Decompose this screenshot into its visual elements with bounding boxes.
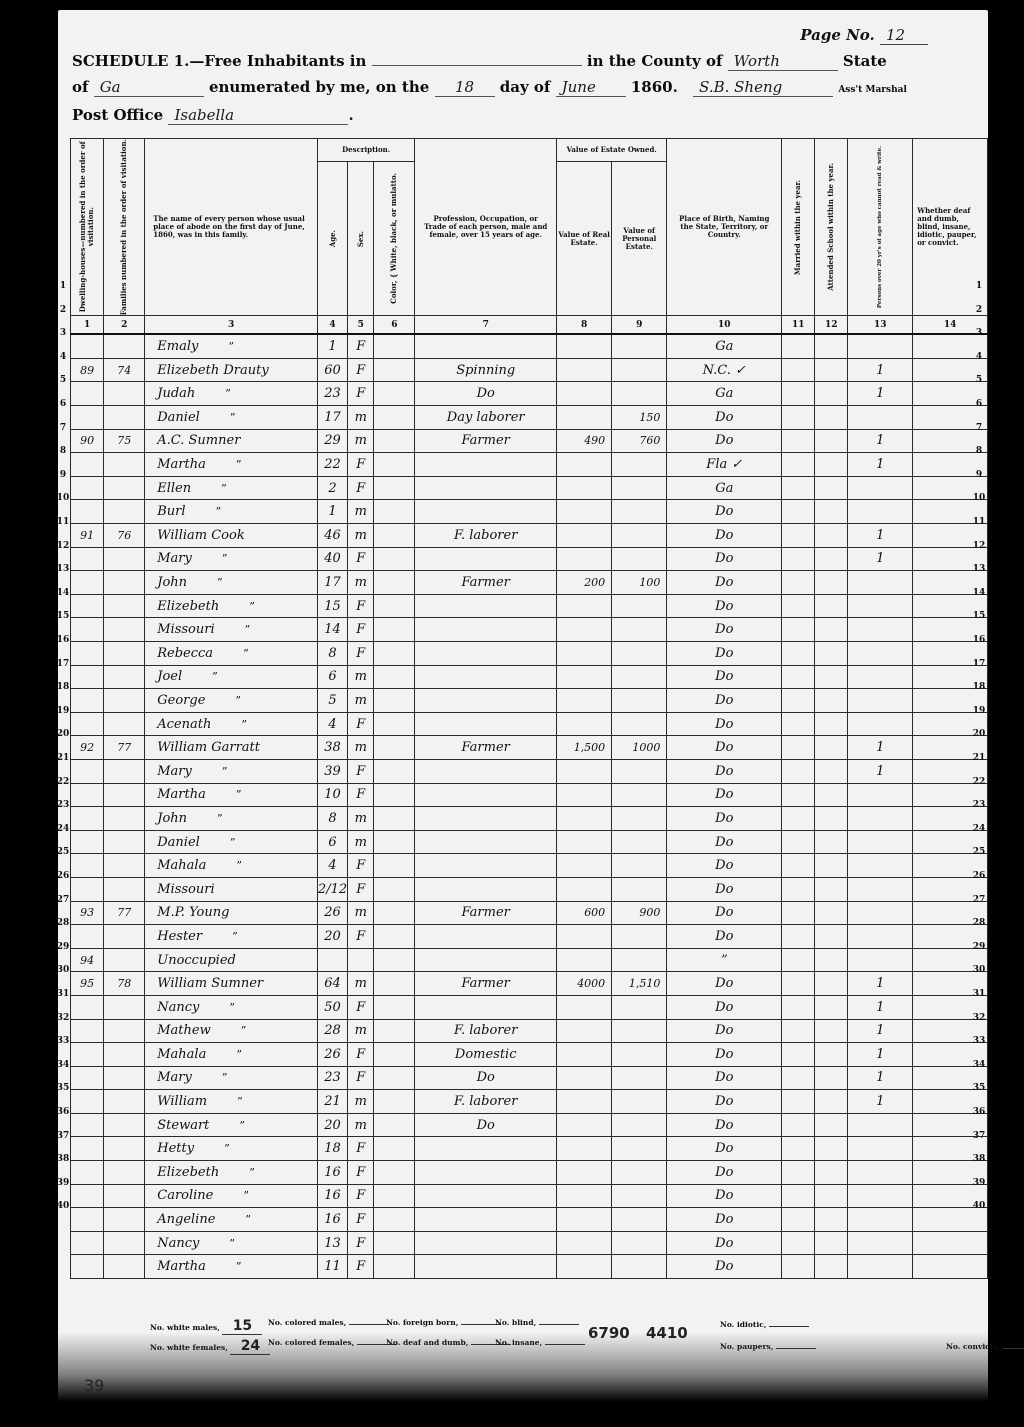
line-number-right: 32 xyxy=(972,1013,986,1023)
idiotic-label: No. idiotic, xyxy=(720,1320,766,1329)
occupation-cell xyxy=(415,618,557,642)
family-number-cell xyxy=(104,571,145,595)
real-estate-value-cell xyxy=(557,948,612,972)
birthplace-cell: Do xyxy=(667,759,782,783)
married-cell xyxy=(782,665,815,689)
age: 23 xyxy=(324,1070,341,1085)
line-number-right: 37 xyxy=(972,1131,986,1141)
age-cell: 16 xyxy=(317,1184,347,1208)
illiterate-mark: 1 xyxy=(876,551,884,566)
age-cell: 29 xyxy=(317,429,347,453)
birthplace-cell: Do xyxy=(667,1161,782,1185)
person-name-cell: Joel” xyxy=(145,665,318,689)
ditto-mark: ” xyxy=(229,1001,235,1014)
occupation-cell xyxy=(415,476,557,500)
line-number-left: 35 xyxy=(56,1083,70,1093)
dwelling-number-cell xyxy=(71,1066,104,1090)
occupation: F. laborer xyxy=(454,528,517,543)
person-name-cell: Mahala” xyxy=(145,1043,318,1067)
real-estate-value-cell xyxy=(557,712,612,736)
dwelling-number-cell xyxy=(71,830,104,854)
line-number-left: 39 xyxy=(56,1178,70,1188)
married-cell xyxy=(782,1231,815,1255)
age-cell: 26 xyxy=(317,1043,347,1067)
illiterate-mark-cell xyxy=(848,925,913,949)
age-cell: 60 xyxy=(317,358,347,382)
married-cell xyxy=(782,382,815,406)
age-cell: 17 xyxy=(317,571,347,595)
age: 16 xyxy=(324,1188,341,1203)
real-estate-value-cell: 200 xyxy=(557,571,612,595)
person-name-cell: M.P. Young xyxy=(145,901,318,925)
occupation-cell xyxy=(415,689,557,713)
school-cell xyxy=(815,1043,848,1067)
person-name: William Cook xyxy=(157,528,244,543)
real-estate-value: 600 xyxy=(584,906,605,919)
person-name: M.P. Young xyxy=(157,905,229,920)
occupation-cell xyxy=(415,783,557,807)
ditto-mark: ” xyxy=(245,1213,251,1226)
schedule-title-line: SCHEDULE 1.—Free Inhabitants in in the C… xyxy=(72,52,887,71)
school-cell xyxy=(815,1184,848,1208)
sex-cell: F xyxy=(348,1231,374,1255)
col-dwelling-header: Dwelling-houses—numbered in the order of… xyxy=(71,139,104,316)
sex-cell: F xyxy=(348,1043,374,1067)
married-cell xyxy=(782,995,815,1019)
birthplace-cell: Do xyxy=(667,972,782,996)
ditto-mark: ” xyxy=(228,340,234,353)
person-name: Nancy xyxy=(157,1236,199,1251)
age: 18 xyxy=(324,1141,341,1156)
ditto-mark: ” xyxy=(235,694,241,707)
illiterate-mark-cell xyxy=(848,807,913,831)
sex: F xyxy=(356,622,365,637)
dwelling-number-cell xyxy=(71,1184,104,1208)
line-number-left: 16 xyxy=(56,635,70,645)
sex-cell: F xyxy=(348,476,374,500)
sex: F xyxy=(356,646,365,661)
birthplace: Do xyxy=(715,528,733,543)
dwelling-number-cell: 89 xyxy=(71,358,104,382)
occupation-cell xyxy=(415,877,557,901)
dwelling-number: 90 xyxy=(80,434,94,447)
real-estate-value-cell xyxy=(557,334,612,358)
col-illiterate-header: Persons over 20 yr's of age who cannot r… xyxy=(848,139,913,316)
person-name-cell: Acenath” xyxy=(145,712,318,736)
person-name-cell: Nancy” xyxy=(145,1231,318,1255)
illiterate-mark-cell xyxy=(848,901,913,925)
color-cell xyxy=(374,807,415,831)
illiterate-mark: 1 xyxy=(876,1047,884,1062)
married-cell xyxy=(782,642,815,666)
dwelling-number-cell xyxy=(71,547,104,571)
personal-estate-value-cell xyxy=(612,1090,667,1114)
family-number-cell xyxy=(104,1066,145,1090)
illiterate-mark: 1 xyxy=(876,457,884,472)
dwelling-number: 92 xyxy=(80,741,94,754)
illiterate-mark-cell: 1 xyxy=(848,995,913,1019)
real-estate-value-cell xyxy=(557,1255,612,1279)
school-cell xyxy=(815,618,848,642)
personal-estate-value-cell xyxy=(612,948,667,972)
birthplace: Do xyxy=(715,622,733,637)
personal-estate-value-cell xyxy=(612,618,667,642)
person-name-cell: Mathew” xyxy=(145,1019,318,1043)
real-estate-value-cell xyxy=(557,1184,612,1208)
person-name-cell: Angeline” xyxy=(145,1208,318,1232)
person-name: Ellen xyxy=(157,481,191,496)
sex: m xyxy=(355,433,367,448)
occupation: Do xyxy=(477,1118,495,1133)
age-cell: 39 xyxy=(317,759,347,783)
person-name: Martha xyxy=(157,457,206,472)
personal-estate-value-cell xyxy=(612,830,667,854)
dwelling-number-cell xyxy=(71,689,104,713)
personal-estate-value-cell xyxy=(612,358,667,382)
school-cell xyxy=(815,948,848,972)
age: 8 xyxy=(328,646,336,661)
dwelling-number-cell xyxy=(71,571,104,595)
person-name-cell: Daniel” xyxy=(145,406,318,430)
birthplace-cell: Do xyxy=(667,807,782,831)
family-number-cell xyxy=(104,1255,145,1279)
color-cell xyxy=(374,358,415,382)
sex: F xyxy=(356,1165,365,1180)
line-number-right: 22 xyxy=(972,777,986,787)
age: 39 xyxy=(324,764,341,779)
person-name-cell: Elizebeth Drauty xyxy=(145,358,318,382)
family-number-cell xyxy=(104,712,145,736)
line-number-left: 12 xyxy=(56,541,70,551)
age-cell: 5 xyxy=(317,689,347,713)
age-cell: 38 xyxy=(317,736,347,760)
ditto-mark: ” xyxy=(216,505,222,518)
white-females-label: No. white females, xyxy=(150,1343,228,1352)
age: 40 xyxy=(324,551,341,566)
birthplace: Do xyxy=(715,740,733,755)
family-number-cell xyxy=(104,547,145,571)
line-number-right: 40 xyxy=(972,1201,986,1211)
birthplace: Do xyxy=(715,882,733,897)
table-row: Hester”20FDo xyxy=(71,925,988,949)
birthplace-cell: Do xyxy=(667,1090,782,1114)
personal-estate-value-cell xyxy=(612,1255,667,1279)
illiterate-mark-cell xyxy=(848,1208,913,1232)
dwelling-number-cell xyxy=(71,642,104,666)
real-estate-value-cell xyxy=(557,830,612,854)
line-number-right: 30 xyxy=(972,965,986,975)
birthplace-cell: Do xyxy=(667,618,782,642)
person-name: Acenath xyxy=(157,717,211,732)
page-number-label: Page No. xyxy=(800,26,875,44)
school-cell xyxy=(815,1137,848,1161)
family-number: 78 xyxy=(117,977,131,990)
person-name-cell: Missouri xyxy=(145,877,318,901)
birthplace: Ga xyxy=(715,481,733,496)
age: 14 xyxy=(324,622,341,637)
dwelling-number: 93 xyxy=(80,906,94,919)
sex-cell: m xyxy=(348,406,374,430)
dwelling-number-cell xyxy=(71,1043,104,1067)
ditto-mark: ” xyxy=(217,812,223,825)
married-cell xyxy=(782,1113,815,1137)
line-number-left: 10 xyxy=(56,493,70,503)
family-number-cell: 77 xyxy=(104,901,145,925)
illiterate-mark-cell xyxy=(848,1137,913,1161)
married-cell xyxy=(782,830,815,854)
real-estate-value-cell xyxy=(557,500,612,524)
birthplace-cell: Do xyxy=(667,1255,782,1279)
occupation: Domestic xyxy=(455,1047,517,1062)
birthplace: Fla ✓ xyxy=(706,457,742,472)
line-number-left: 19 xyxy=(56,706,70,716)
personal-estate-value: 900 xyxy=(639,906,660,919)
sex: m xyxy=(355,835,367,850)
ditto-mark: ” xyxy=(224,1142,230,1155)
personal-estate-total: 4410 xyxy=(646,1324,688,1342)
personal-estate-value-cell xyxy=(612,1043,667,1067)
age: 16 xyxy=(324,1212,341,1227)
occupation-cell xyxy=(415,665,557,689)
birthplace: Do xyxy=(715,1094,733,1109)
corner-note: 39 xyxy=(84,1376,104,1395)
family-number-cell xyxy=(104,1184,145,1208)
line-number-left: 29 xyxy=(56,942,70,952)
school-cell xyxy=(815,925,848,949)
family-number-cell xyxy=(104,877,145,901)
line-number-right: 21 xyxy=(972,753,986,763)
sex: F xyxy=(356,363,365,378)
personal-estate-value-cell xyxy=(612,783,667,807)
sex-cell: m xyxy=(348,901,374,925)
person-name-cell: Mahala” xyxy=(145,854,318,878)
color-cell xyxy=(374,500,415,524)
birthplace: Do xyxy=(715,858,733,873)
dwelling-number-cell xyxy=(71,453,104,477)
person-name-cell: Nancy” xyxy=(145,995,318,1019)
sex: F xyxy=(356,1047,365,1062)
ditto-mark: ” xyxy=(239,1119,245,1132)
personal-estate-value: 150 xyxy=(639,411,660,424)
table-row: Nancy”13FDo xyxy=(71,1231,988,1255)
birthplace: Do xyxy=(715,1165,733,1180)
age: 8 xyxy=(328,811,336,826)
real-estate-value-cell xyxy=(557,1043,612,1067)
sex-cell: F xyxy=(348,995,374,1019)
age: 23 xyxy=(324,386,341,401)
person-name-cell: Elizebeth” xyxy=(145,1161,318,1185)
married-cell xyxy=(782,877,815,901)
state-label: State xyxy=(843,52,887,70)
person-name: Mahala xyxy=(157,1047,206,1062)
occupation: F. laborer xyxy=(454,1094,517,1109)
color-cell xyxy=(374,830,415,854)
birthplace: Do xyxy=(715,551,733,566)
birthplace: Do xyxy=(715,693,733,708)
real-estate-value-cell xyxy=(557,995,612,1019)
page-number-value: 12 xyxy=(880,26,928,45)
line-number-left: 28 xyxy=(56,918,70,928)
dwelling-number-cell xyxy=(71,854,104,878)
county-value: Worth xyxy=(728,52,786,70)
birthplace: N.C. ✓ xyxy=(703,363,746,378)
table-row: 9075A.C. Sumner29mFarmer490760Do1 xyxy=(71,429,988,453)
of-label: of xyxy=(72,78,88,96)
illiterate-mark-cell: 1 xyxy=(848,524,913,548)
table-row: Elizebeth”16FDo xyxy=(71,1161,988,1185)
sex: F xyxy=(356,1070,365,1085)
illiterate-mark-cell xyxy=(848,1113,913,1137)
married-cell xyxy=(782,759,815,783)
personal-estate-value-cell xyxy=(612,1066,667,1090)
family-number-cell xyxy=(104,1231,145,1255)
sex: F xyxy=(356,386,365,401)
family-number-cell xyxy=(104,854,145,878)
age-cell: 22 xyxy=(317,453,347,477)
real-estate-value-cell xyxy=(557,1231,612,1255)
married-cell xyxy=(782,1090,815,1114)
color-cell xyxy=(374,547,415,571)
person-name: Martha xyxy=(157,1259,206,1274)
occupation-cell xyxy=(415,453,557,477)
birthplace: Do xyxy=(715,787,733,802)
illiterate-mark-cell xyxy=(848,948,913,972)
column-number-row: 123 456 789 101112 1314 xyxy=(71,316,988,335)
real-estate-value-cell xyxy=(557,618,612,642)
table-row: Ellen”2FGa xyxy=(71,476,988,500)
married-cell xyxy=(782,1255,815,1279)
birthplace: Do xyxy=(715,1212,733,1227)
color-cell xyxy=(374,1137,415,1161)
ditto-mark: ” xyxy=(230,836,236,849)
birthplace: Ga xyxy=(715,339,733,354)
table-row: 94Unoccupied” xyxy=(71,948,988,972)
ditto-mark: ” xyxy=(243,647,249,660)
school-cell xyxy=(815,1255,848,1279)
family-number-cell xyxy=(104,1090,145,1114)
sex: F xyxy=(356,1188,365,1203)
age-cell: 16 xyxy=(317,1161,347,1185)
birthplace-cell: Do xyxy=(667,712,782,736)
birthplace: Do xyxy=(715,504,733,519)
married-cell xyxy=(782,712,815,736)
age: 28 xyxy=(324,1023,341,1038)
dwelling-number-cell xyxy=(71,1208,104,1232)
age-cell: 46 xyxy=(317,524,347,548)
school-cell xyxy=(815,736,848,760)
married-cell xyxy=(782,1184,815,1208)
personal-estate-value: 1000 xyxy=(632,741,660,754)
age: 17 xyxy=(324,410,341,425)
age-cell: 1 xyxy=(317,500,347,524)
married-cell xyxy=(782,925,815,949)
family-number-cell xyxy=(104,500,145,524)
schedule-title: SCHEDULE 1.—Free Inhabitants in xyxy=(72,52,366,70)
dwelling-number-cell: 94 xyxy=(71,948,104,972)
personal-estate-value-cell xyxy=(612,1137,667,1161)
dwelling-number-cell: 92 xyxy=(71,736,104,760)
illiterate-mark-cell: 1 xyxy=(848,547,913,571)
color-cell xyxy=(374,571,415,595)
line-number-left: 4 xyxy=(56,352,70,362)
occupation-cell xyxy=(415,500,557,524)
family-number-cell xyxy=(104,642,145,666)
line-number-left: 2 xyxy=(56,305,70,315)
line-number-left: 8 xyxy=(56,446,70,456)
real-estate-value-cell xyxy=(557,689,612,713)
table-row: Mary”39FDo1 xyxy=(71,759,988,783)
personal-estate-value-cell xyxy=(612,877,667,901)
illiterate-mark-cell: 1 xyxy=(848,358,913,382)
real-estate-value-cell xyxy=(557,1066,612,1090)
day-value: 18 xyxy=(449,78,480,96)
dwelling-number-cell: 90 xyxy=(71,429,104,453)
married-cell xyxy=(782,358,815,382)
age-cell: 4 xyxy=(317,712,347,736)
sex-cell: F xyxy=(348,334,374,358)
school-cell xyxy=(815,995,848,1019)
occupation-cell xyxy=(415,547,557,571)
occupation: Farmer xyxy=(462,575,510,590)
dwelling-number-cell xyxy=(71,925,104,949)
table-row: Stewart”20mDoDo xyxy=(71,1113,988,1137)
color-cell xyxy=(374,334,415,358)
occupation-cell: Farmer xyxy=(415,429,557,453)
personal-estate-value-cell: 760 xyxy=(612,429,667,453)
occupation-cell xyxy=(415,594,557,618)
person-name-cell: Caroline” xyxy=(145,1184,318,1208)
table-row: Martha”10FDo xyxy=(71,783,988,807)
married-cell xyxy=(782,807,815,831)
real-estate-value-cell xyxy=(557,783,612,807)
month-value: June xyxy=(556,78,602,96)
color-cell xyxy=(374,736,415,760)
dwelling-number-cell xyxy=(71,618,104,642)
age: 26 xyxy=(324,1047,341,1062)
real-estate-value-cell xyxy=(557,1208,612,1232)
school-cell xyxy=(815,1161,848,1185)
col-real-estate-header: Value of Real Estate. xyxy=(557,162,612,316)
birthplace: Do xyxy=(715,599,733,614)
person-name-cell: Ellen” xyxy=(145,476,318,500)
real-estate-value-cell xyxy=(557,1090,612,1114)
table-row: Emaly”1FGa xyxy=(71,334,988,358)
table-row: Judah”23FDoGa1 xyxy=(71,382,988,406)
dwelling-number-cell xyxy=(71,1161,104,1185)
illiterate-mark-cell xyxy=(848,618,913,642)
occupation-cell: Spinning xyxy=(415,358,557,382)
sex-cell: F xyxy=(348,1161,374,1185)
sex: F xyxy=(356,457,365,472)
table-row: Missouri2/12FDo xyxy=(71,877,988,901)
dwelling-number-cell xyxy=(71,1090,104,1114)
line-number-right: 34 xyxy=(972,1060,986,1070)
ditto-mark: ” xyxy=(236,1048,242,1061)
person-name: John xyxy=(157,811,187,826)
school-cell xyxy=(815,334,848,358)
sex-cell: F xyxy=(348,783,374,807)
line-number-left: 34 xyxy=(56,1060,70,1070)
school-cell xyxy=(815,783,848,807)
description-header: Description. xyxy=(317,139,414,162)
occupation-cell: Do xyxy=(415,1113,557,1137)
birthplace-cell: Do xyxy=(667,1113,782,1137)
married-cell xyxy=(782,1019,815,1043)
married-cell xyxy=(782,948,815,972)
day-of-label: day of xyxy=(500,78,551,96)
dwelling-number-cell xyxy=(71,476,104,500)
deaf-dumb-label: No. deaf and dumb, xyxy=(386,1338,468,1347)
